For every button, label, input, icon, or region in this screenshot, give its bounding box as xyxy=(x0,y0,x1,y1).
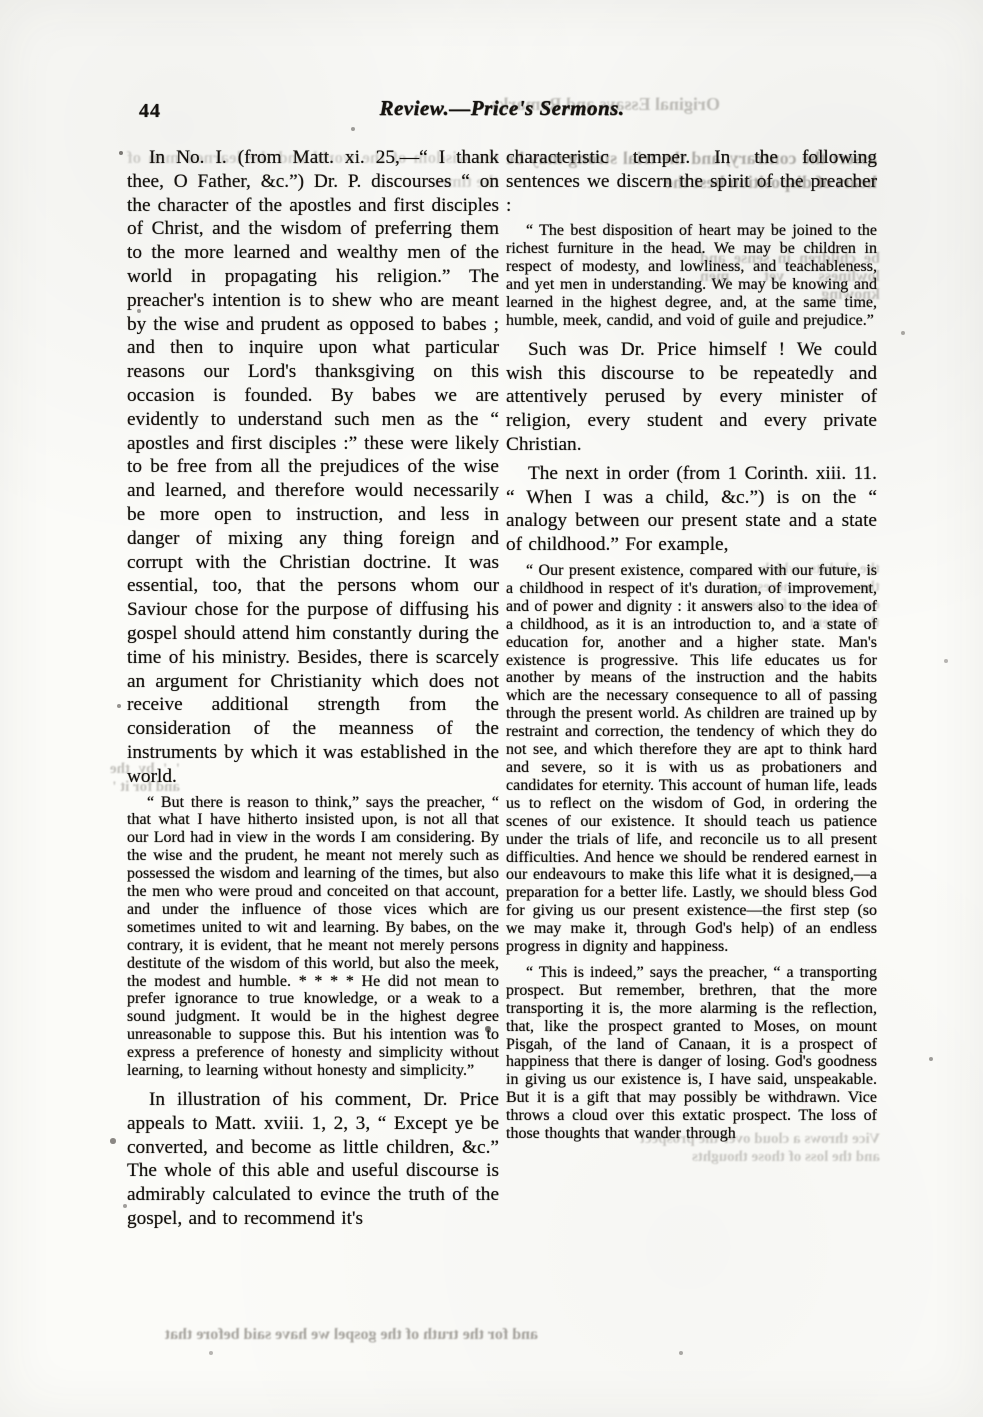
paragraph-extract-wise-and-prudent: “ But there is reason to think,” says th… xyxy=(127,794,499,1081)
page-number: 44 xyxy=(139,100,161,123)
paragraph-review-intro: In No. I. (from Matt. xi. 25,—“ I thank … xyxy=(127,146,499,789)
scanned-page: Original Essays and Remarks assert the c… xyxy=(0,0,983,1417)
bleed-through-text: Vice throws a cloud over the prospect an… xyxy=(640,1130,880,1330)
paragraph-illustration-comment: In illustration of his comment, Dr. Pric… xyxy=(127,1088,499,1231)
paragraph-such-was-dr-price: Such was Dr. Price himself ! We could wi… xyxy=(506,338,877,457)
running-header: 44 Review.—Price's Sermons. xyxy=(127,96,877,130)
ink-specks xyxy=(0,0,2,2)
paragraph-next-in-order: The next in order (from 1 Corinth. xiii.… xyxy=(506,462,877,557)
bleed-through-text: and for the truth of the gospel we have … xyxy=(108,1326,538,1344)
header-title: Review.—Price's Sermons. xyxy=(127,96,877,121)
paragraph-continuation: characteristic temper. In the following … xyxy=(506,146,877,217)
left-column: In No. I. (from Matt. xi. 25,—“ I thank … xyxy=(127,146,499,1236)
paragraph-extract-transporting-prospect: “ This is indeed,” says the preacher, “ … xyxy=(506,964,877,1143)
paragraph-extract-best-disposition: “ The best disposition of heart may be j… xyxy=(506,222,877,329)
right-column: characteristic temper. In the following … xyxy=(506,146,877,1151)
paragraph-extract-present-existence: “ Our present existence, compared with o… xyxy=(506,562,877,956)
